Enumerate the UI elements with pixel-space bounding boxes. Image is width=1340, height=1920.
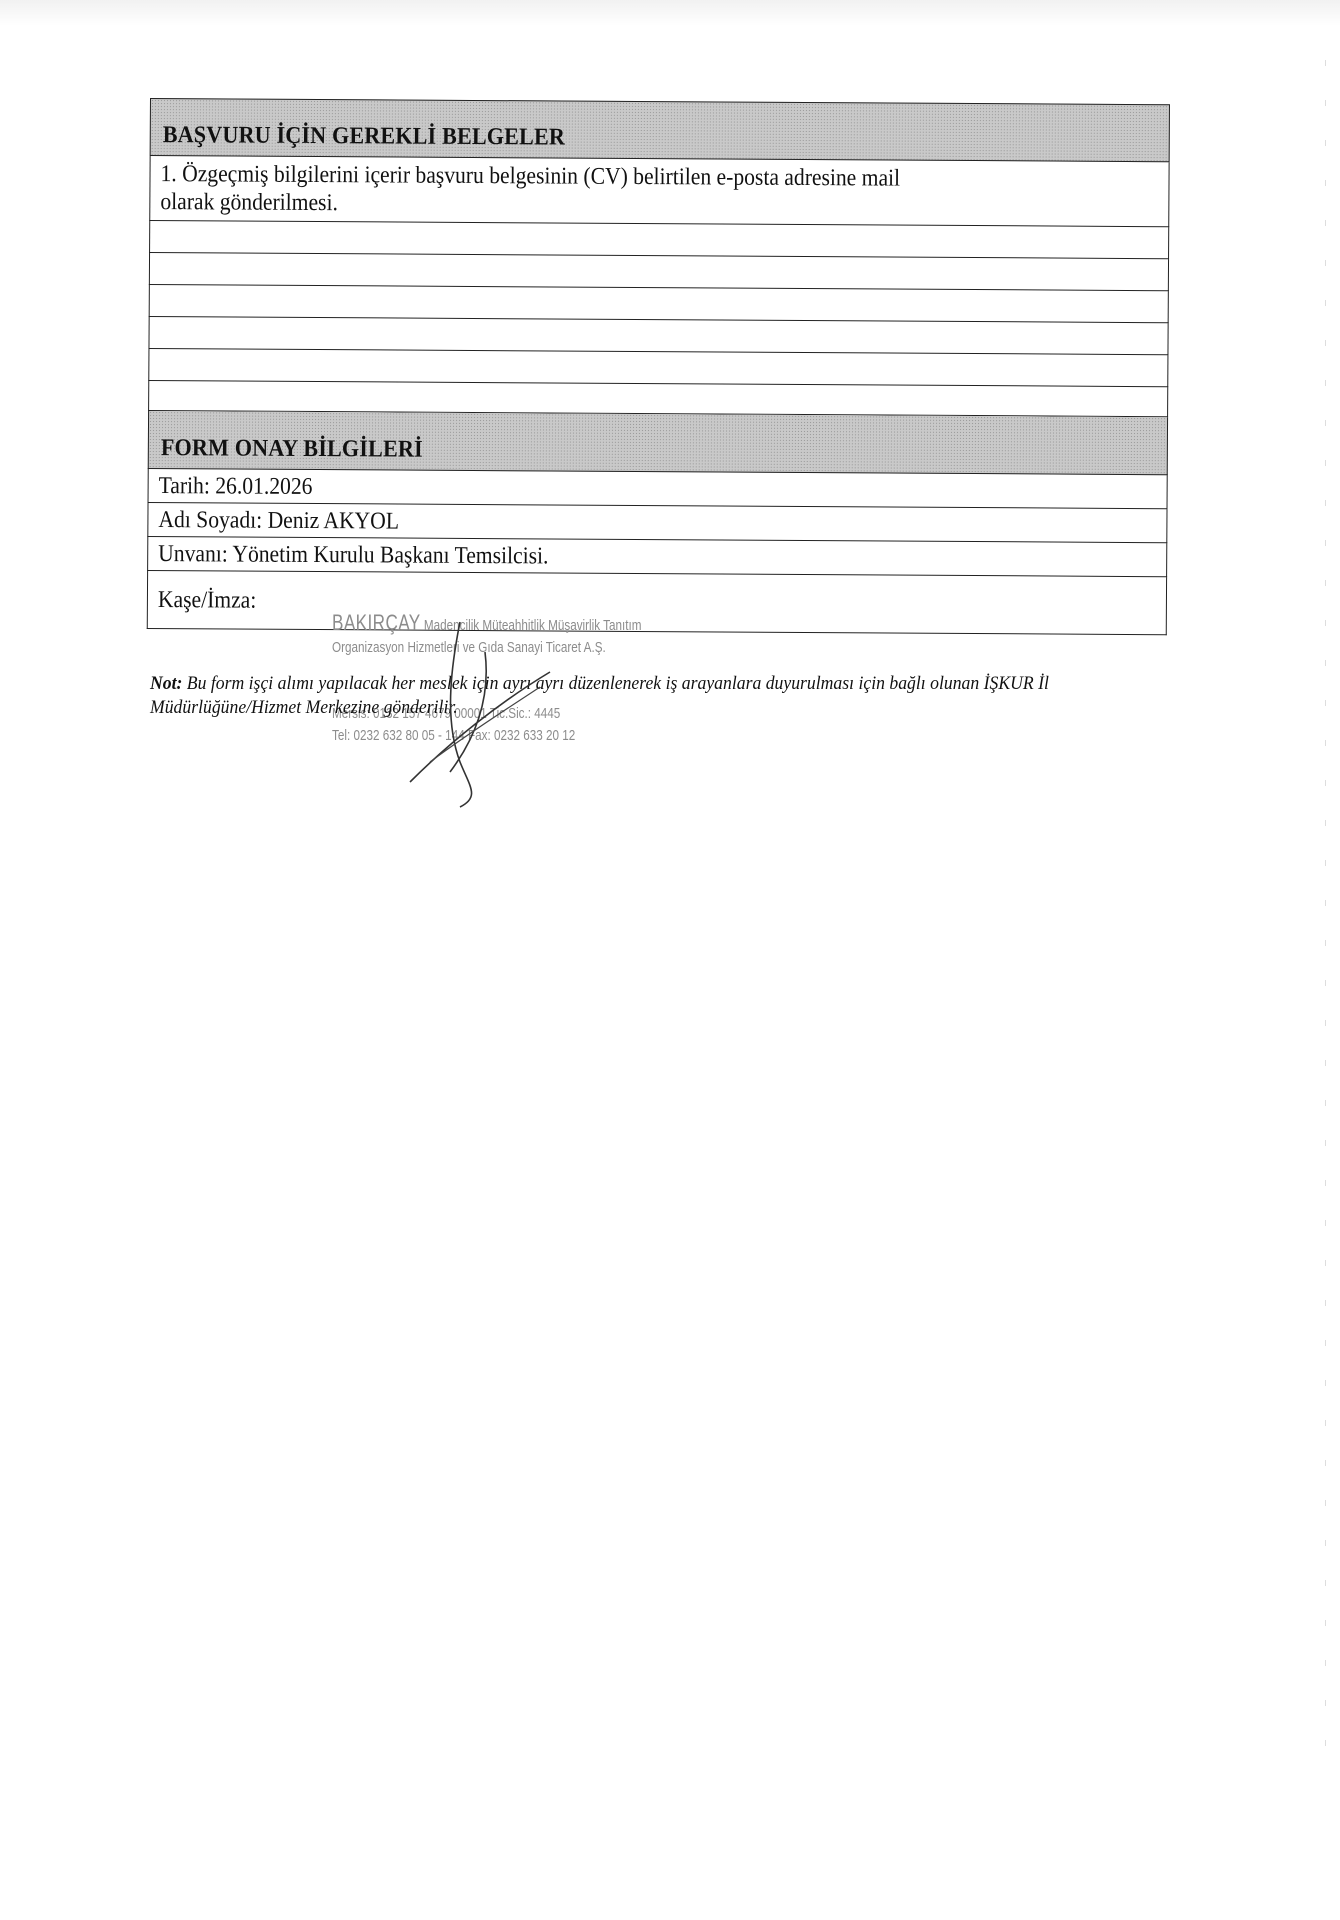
- stamp-brand: BAKIRÇAY: [332, 610, 421, 635]
- stamp-line-1: Madencilik Müteahhitlik Müşavirlik Tanıt…: [424, 617, 642, 634]
- approval-date: Tarih: 26.01.2026: [159, 472, 313, 501]
- note-prefix: Not:: [150, 673, 182, 694]
- required-document-item: 1. Özgeçmiş bilgilerini içerir başvuru b…: [149, 156, 1169, 227]
- approval-stamp-row: Kaşe/İmza:: [147, 571, 1167, 635]
- scan-edge-marks: [1325, 60, 1326, 1760]
- stamp-signature-label: Kaşe/İmza:: [158, 586, 257, 615]
- required-document-line-1: 1. Özgeçmiş bilgilerini içerir başvuru b…: [160, 160, 900, 193]
- approval-position: Unvanı: Yönetim Kurulu Başkanı Temsilcis…: [158, 540, 548, 570]
- approval-header: FORM ONAY BİLGİLERİ: [148, 411, 1168, 475]
- required-documents-title: BAŞVURU İÇİN GEREKLİ BELGELER: [163, 122, 565, 151]
- stamp-line-4: Tel: 0232 632 80 05 - 144 Fax: 0232 633 …: [332, 725, 642, 747]
- form-note: Not: Bu form işçi alımı yapılacak her me…: [150, 672, 1117, 720]
- required-documents-header: BAŞVURU İÇİN GEREKLİ BELGELER: [150, 98, 1170, 162]
- stamp-line-2: Organizasyon Hizmetleri ve Gıda Sanayi T…: [332, 637, 642, 659]
- job-posting-form: BAŞVURU İÇİN GEREKLİ BELGELER 1. Özgeçmi…: [147, 98, 1170, 635]
- scan-edge-shadow: [0, 0, 1340, 26]
- note-text: Bu form işçi alımı yapılacak her meslek …: [150, 673, 1049, 718]
- approval-title: FORM ONAY BİLGİLERİ: [161, 435, 423, 464]
- approval-name: Adı Soyadı: Deniz AKYOL: [158, 506, 399, 535]
- required-document-line-2: olarak gönderilmesi.: [160, 188, 338, 217]
